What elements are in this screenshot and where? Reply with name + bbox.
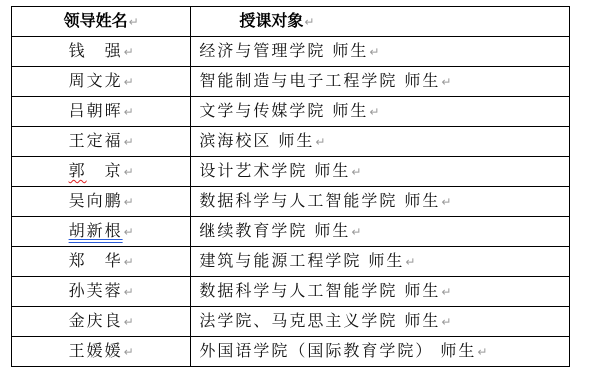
paragraph-mark-icon: ↵ (405, 255, 415, 269)
leader-name-cell[interactable]: 钱 强↵ (12, 37, 191, 67)
lecture-audience-cell[interactable]: 滨海校区 师生↵ (191, 127, 570, 157)
paragraph-mark-icon: ↵ (351, 165, 361, 179)
paragraph-mark-icon: ↵ (441, 75, 451, 89)
paragraph-mark-icon: ↵ (124, 165, 134, 179)
leader-name: 胡新根 (69, 221, 123, 240)
paragraph-mark-icon: ↵ (441, 285, 451, 299)
paragraph-mark-icon: ↵ (124, 135, 134, 149)
paragraph-mark-icon: ↵ (124, 195, 134, 209)
paragraph-mark-icon: ↵ (441, 195, 451, 209)
lecture-audience-cell[interactable]: 文学与传媒学院 师生↵ (191, 97, 570, 127)
header-row: 领导姓名↵ 授课对象↵ (12, 7, 570, 37)
lecture-audience-cell[interactable]: 继续教育学院 师生↵ (191, 217, 570, 247)
lecture-audience-cell[interactable]: 外国语学院（国际教育学院） 师生↵ (191, 337, 570, 367)
lecture-audience: 法学院、马克思主义学院 师生 (199, 311, 440, 330)
paragraph-mark-icon: ↵ (124, 45, 134, 59)
leader-name-cell[interactable]: 吕朝晖↵ (12, 97, 191, 127)
table-row: 孙芙蓉↵ 数据科学与人工智能学院 师生↵ (12, 277, 570, 307)
paragraph-mark-icon: ↵ (315, 135, 325, 149)
paragraph-mark-icon: ↵ (124, 105, 134, 119)
table-row: 王定福↵ 滨海校区 师生↵ (12, 127, 570, 157)
header-leader-name-text: 领导姓名 (64, 11, 128, 30)
header-lecture-audience-text: 授课对象 (239, 11, 303, 30)
leader-name: 周文龙 (69, 71, 123, 90)
leader-name-cell[interactable]: 王定福↵ (12, 127, 191, 157)
lecture-audience: 数据科学与人工智能学院 师生 (199, 281, 440, 300)
leader-name: 孙芙蓉 (69, 281, 123, 300)
lecture-audience: 建筑与能源工程学院 师生 (199, 251, 404, 270)
leader-name-cell[interactable]: 郭 京↵ (12, 157, 191, 187)
table-row: 吴向鹏↵ 数据科学与人工智能学院 师生↵ (12, 187, 570, 217)
lecture-audience: 智能制造与电子工程学院 师生 (199, 71, 440, 90)
leader-name: 王定福 (69, 131, 123, 150)
leader-name-cell[interactable]: 孙芙蓉↵ (12, 277, 191, 307)
lecture-audience: 文学与传媒学院 师生 (199, 101, 368, 120)
lecture-audience-cell[interactable]: 智能制造与电子工程学院 师生↵ (191, 67, 570, 97)
lecture-audience: 滨海校区 师生 (199, 131, 314, 150)
paragraph-mark-icon: ↵ (129, 15, 139, 29)
lecture-audience: 外国语学院（国际教育学院） 师生 (199, 341, 476, 360)
paragraph-mark-icon: ↵ (369, 105, 379, 119)
header-lecture-audience: 授课对象↵ (191, 7, 570, 37)
leader-name-cell[interactable]: 胡新根↵ (12, 217, 191, 247)
lecture-audience-cell[interactable]: 设计艺术学院 师生↵ (191, 157, 570, 187)
leader-name: 钱 强 (69, 41, 123, 60)
paragraph-mark-icon: ↵ (124, 345, 134, 359)
leader-name-cell[interactable]: 王媛媛↵ (12, 337, 191, 367)
lecture-audience-cell[interactable]: 建筑与能源工程学院 师生↵ (191, 247, 570, 277)
leader-name: 吕朝晖 (69, 101, 123, 120)
table-row: 钱 强↵ 经济与管理学院 师生↵ (12, 37, 570, 67)
leader-name-cell[interactable]: 郑 华↵ (12, 247, 191, 277)
paragraph-mark-icon: ↵ (369, 45, 379, 59)
lecture-audience: 设计艺术学院 师生 (199, 161, 350, 180)
lecture-audience-cell[interactable]: 经济与管理学院 师生↵ (191, 37, 570, 67)
paragraph-mark-icon: ↵ (441, 315, 451, 329)
paragraph-mark-icon: ↵ (304, 15, 314, 29)
table-row: 吕朝晖↵ 文学与传媒学院 师生↵ (12, 97, 570, 127)
leaders-lecture-table: 领导姓名↵ 授课对象↵ 钱 强↵ 经济与管理学院 师生↵ 周文龙↵ 智能制造与电… (11, 6, 570, 367)
lecture-audience-cell[interactable]: 数据科学与人工智能学院 师生↵ (191, 277, 570, 307)
leader-name-cell[interactable]: 周文龙↵ (12, 67, 191, 97)
leader-name: 金庆良 (69, 311, 123, 330)
table-row: 周文龙↵ 智能制造与电子工程学院 师生↵ (12, 67, 570, 97)
table-row: 胡新根↵ 继续教育学院 师生↵ (12, 217, 570, 247)
leader-name-cell[interactable]: 金庆良↵ (12, 307, 191, 337)
lecture-audience-cell[interactable]: 数据科学与人工智能学院 师生↵ (191, 187, 570, 217)
paragraph-mark-icon: ↵ (351, 225, 361, 239)
leader-name-cell[interactable]: 吴向鹏↵ (12, 187, 191, 217)
paragraph-mark-icon: ↵ (124, 75, 134, 89)
table-row: 郑 华↵ 建筑与能源工程学院 师生↵ (12, 247, 570, 277)
paragraph-mark-icon: ↵ (124, 315, 134, 329)
paragraph-mark-icon: ↵ (477, 345, 487, 359)
paragraph-mark-icon: ↵ (124, 225, 134, 239)
leader-name: 郭 京 (69, 161, 123, 180)
lecture-audience-cell[interactable]: 法学院、马克思主义学院 师生↵ (191, 307, 570, 337)
header-leader-name: 领导姓名↵ (12, 7, 191, 37)
table-row: 郭 京↵ 设计艺术学院 师生↵ (12, 157, 570, 187)
leader-name: 郑 华 (69, 251, 123, 270)
lecture-audience: 数据科学与人工智能学院 师生 (199, 191, 440, 210)
lecture-audience: 继续教育学院 师生 (199, 221, 350, 240)
leader-name: 吴向鹏 (69, 191, 123, 210)
leader-name: 王媛媛 (69, 341, 123, 360)
paragraph-mark-icon: ↵ (124, 255, 134, 269)
lecture-audience: 经济与管理学院 师生 (199, 41, 368, 60)
table-row: 王媛媛↵ 外国语学院（国际教育学院） 师生↵ (12, 337, 570, 367)
table-row: 金庆良↵ 法学院、马克思主义学院 师生↵ (12, 307, 570, 337)
paragraph-mark-icon: ↵ (124, 285, 134, 299)
